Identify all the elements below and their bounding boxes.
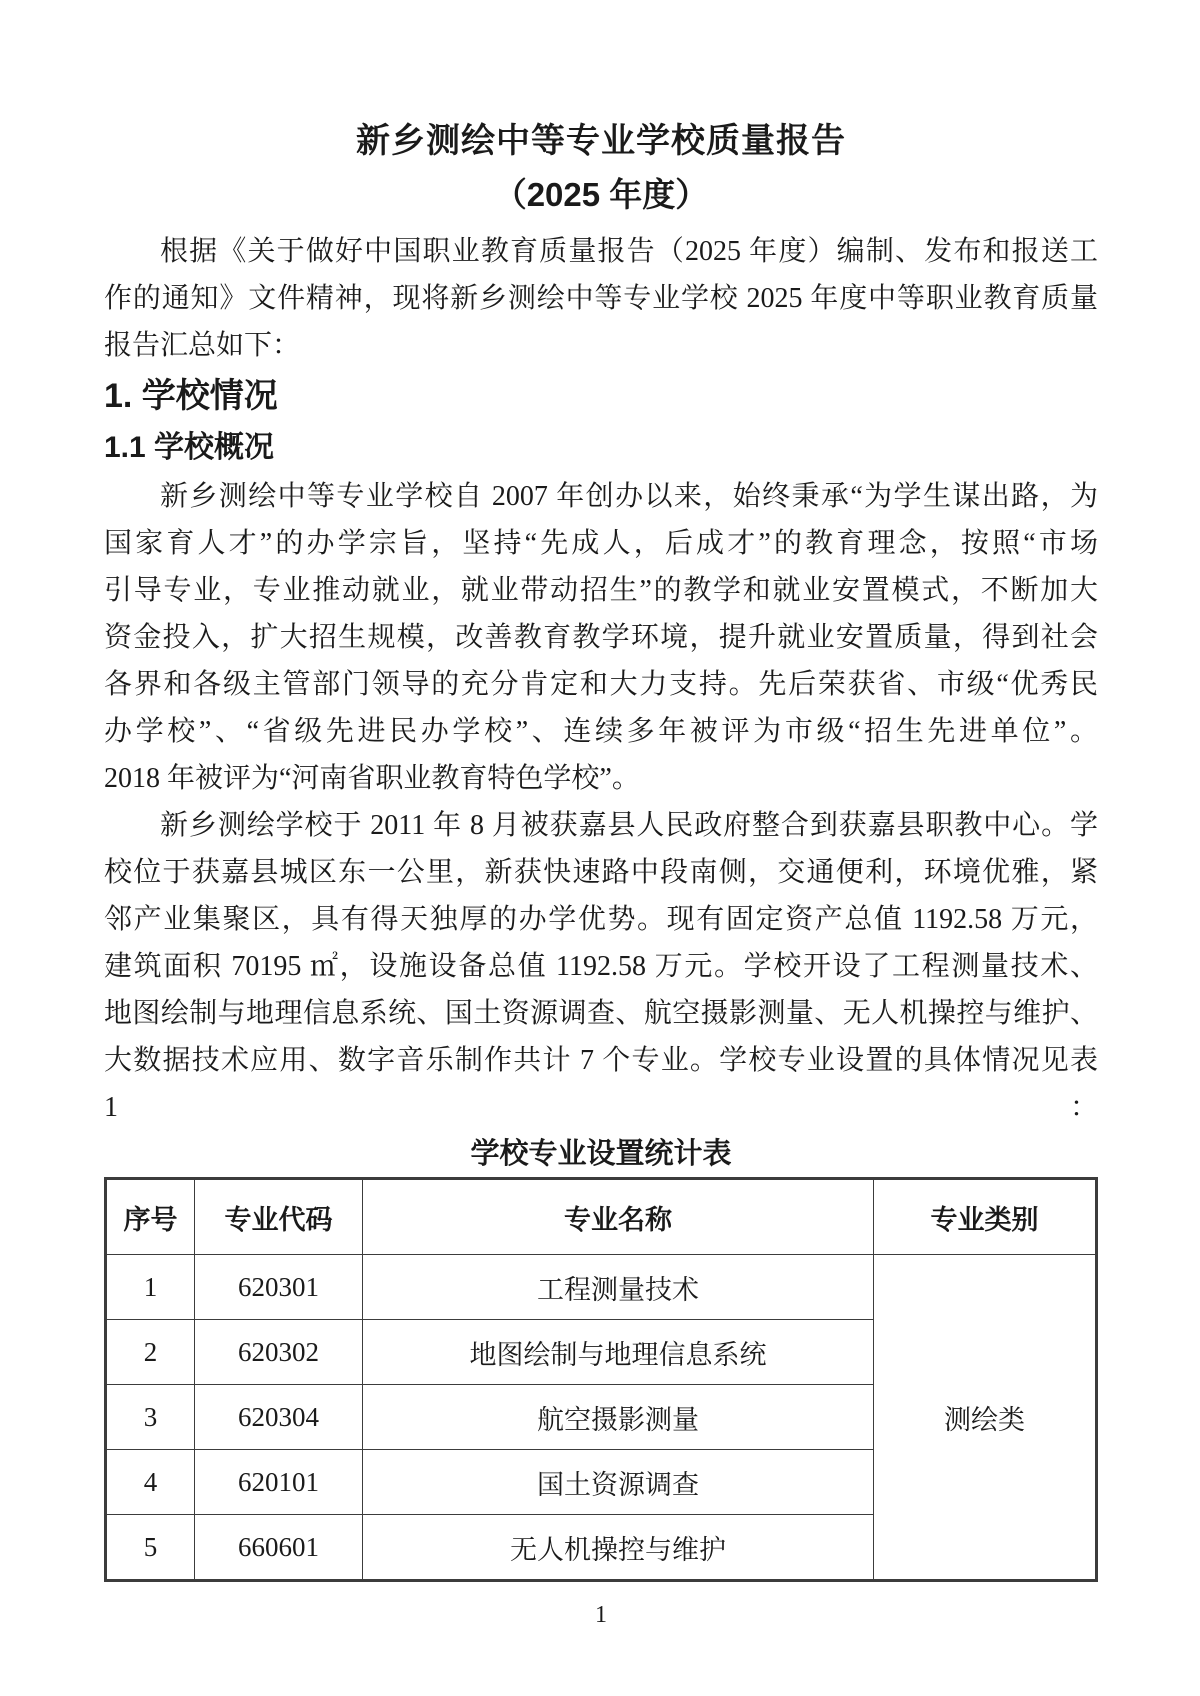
cell-code: 660601 [195,1515,363,1581]
school-history-paragraph: 新乡测绘学校于 2011 年 8 月被获嘉县人民政府整合到获嘉县职教中心。学校位… [104,802,1098,1131]
cell-name: 航空摄影测量 [363,1385,874,1450]
cell-name: 国土资源调查 [363,1450,874,1515]
text-line: 大数据技术应用、数字音乐制作共计 7 个专业。学校专业设置的具体情况见表 1： [104,1037,1098,1131]
cell-no: 1 [106,1255,195,1320]
header-cell-name: 专业名称 [363,1179,874,1255]
cell-code: 620101 [195,1450,363,1515]
cell-name: 地图绘制与地理信息系统 [363,1320,874,1385]
text-line: 报告汇总如下： [104,322,1098,369]
header-cell-category: 专业类别 [874,1179,1097,1255]
cell-code: 620301 [195,1255,363,1320]
table-row: 1 620301 工程测量技术 测绘类 [106,1255,1097,1320]
majors-table-title: 学校专业设置统计表 [104,1131,1098,1177]
intro-paragraph: 根据《关于做好中国职业教育质量报告（2025 年度）编制、发布和报送工作的通知》… [104,228,1098,369]
school-overview-paragraph: 新乡测绘中等专业学校自 2007 年创办以来，始终秉承“为学生谋出路，为国家育人… [104,473,1098,802]
page-number: 1 [104,1600,1098,1630]
cell-category: 测绘类 [874,1255,1097,1581]
cell-no: 2 [106,1320,195,1385]
text-line: 地图绘制与地理信息系统、国土资源调查、航空摄影测量、无人机操控与维护、 [104,990,1098,1037]
cell-name: 工程测量技术 [363,1255,874,1320]
text-line: 各界和各级主管部门领导的充分肯定和大力支持。先后荣获省、市级“优秀民 [104,661,1098,708]
document-title: 新乡测绘中等专业学校质量报告 [104,114,1098,168]
cell-name: 无人机操控与维护 [363,1515,874,1581]
cell-no: 3 [106,1385,195,1450]
text-line: 引导专业，专业推动就业，就业带动招生”的教学和就业安置模式，不断加大 [104,567,1098,614]
text-line: 邻产业集聚区，具有得天独厚的办学优势。现有固定资产总值 1192.58 万元， [104,896,1098,943]
text-line: 新乡测绘学校于 2011 年 8 月被获嘉县人民政府整合到获嘉县职教中心。学 [104,802,1098,849]
text-line: 资金投入，扩大招生规模，改善教育教学环境，提升就业安置质量，得到社会 [104,614,1098,661]
header-cell-code: 专业代码 [195,1179,363,1255]
section-heading-1: 1. 学校情况 [104,369,1098,423]
text-line: 校位于获嘉县城区东一公里，新获快速路中段南侧，交通便利，环境优雅，紧 [104,849,1098,896]
document-page: 新乡测绘中等专业学校质量报告 （2025 年度） 根据《关于做好中国职业教育质量… [0,0,1200,1696]
text-line: 新乡测绘中等专业学校自 2007 年创办以来，始终秉承“为学生谋出路，为 [104,473,1098,520]
text-line: 作的通知》文件精神，现将新乡测绘中等专业学校 2025 年度中等职业教育质量 [104,275,1098,322]
header-cell-no: 序号 [106,1179,195,1255]
cell-no: 4 [106,1450,195,1515]
text-line: 建筑面积 70195 ㎡，设施设备总值 1192.58 万元。学校开设了工程测量… [104,943,1098,990]
majors-table: 序号 专业代码 专业名称 专业类别 1 620301 工程测量技术 测绘类 2 … [104,1177,1098,1582]
cell-no: 5 [106,1515,195,1581]
document-subtitle: （2025 年度） [104,168,1098,222]
cell-code: 620304 [195,1385,363,1450]
table-header-row: 序号 专业代码 专业名称 专业类别 [106,1179,1097,1255]
text-line: 2018 年被评为“河南省职业教育特色学校”。 [104,755,1098,802]
cell-code: 620302 [195,1320,363,1385]
text-line: 办学校”、“省级先进民办学校”、连续多年被评为市级“招生先进单位”。 [104,708,1098,755]
text-line: 根据《关于做好中国职业教育质量报告（2025 年度）编制、发布和报送工 [104,228,1098,275]
section-heading-1-1: 1.1 学校概况 [104,423,1098,473]
text-line: 国家育人才”的办学宗旨，坚持“先成人，后成才”的教育理念，按照“市场 [104,520,1098,567]
